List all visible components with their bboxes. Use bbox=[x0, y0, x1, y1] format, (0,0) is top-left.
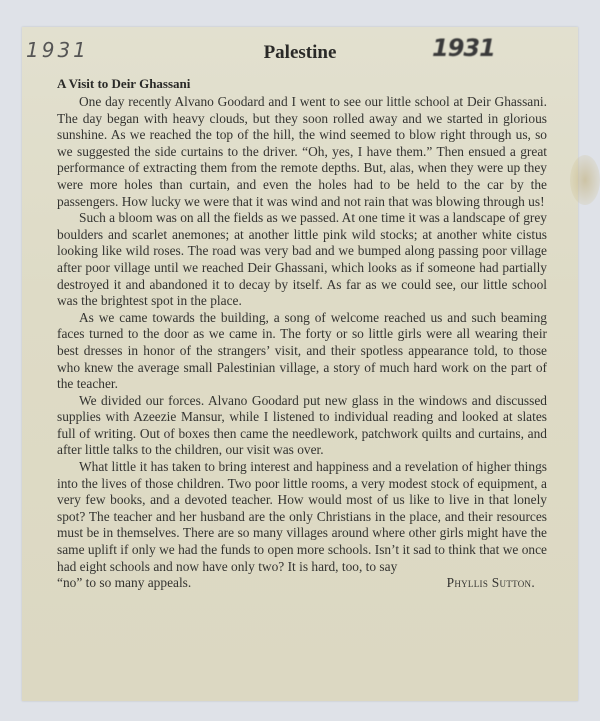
author-signature: Phyllis Sutton. bbox=[447, 575, 535, 592]
article-body: One day recently Alvano Goodard and I we… bbox=[57, 94, 547, 592]
paragraph: As we came towards the building, a song … bbox=[57, 310, 547, 393]
water-stain bbox=[570, 155, 600, 205]
paragraph: What little it has taken to bring intere… bbox=[57, 459, 547, 575]
paragraph: One day recently Alvano Goodard and I we… bbox=[57, 94, 547, 210]
article-subtitle: A Visit to Deir Ghassani bbox=[57, 76, 190, 92]
paragraph: Such a bloom was on all the fields as we… bbox=[57, 210, 547, 310]
paragraph: We divided our forces. Alvano Goodard pu… bbox=[57, 393, 547, 459]
closing-line: “no” to so many appeals. Phyllis Sutton. bbox=[57, 575, 547, 592]
article-title: Palestine bbox=[0, 42, 600, 64]
closing-text: “no” to so many appeals. bbox=[57, 575, 191, 590]
